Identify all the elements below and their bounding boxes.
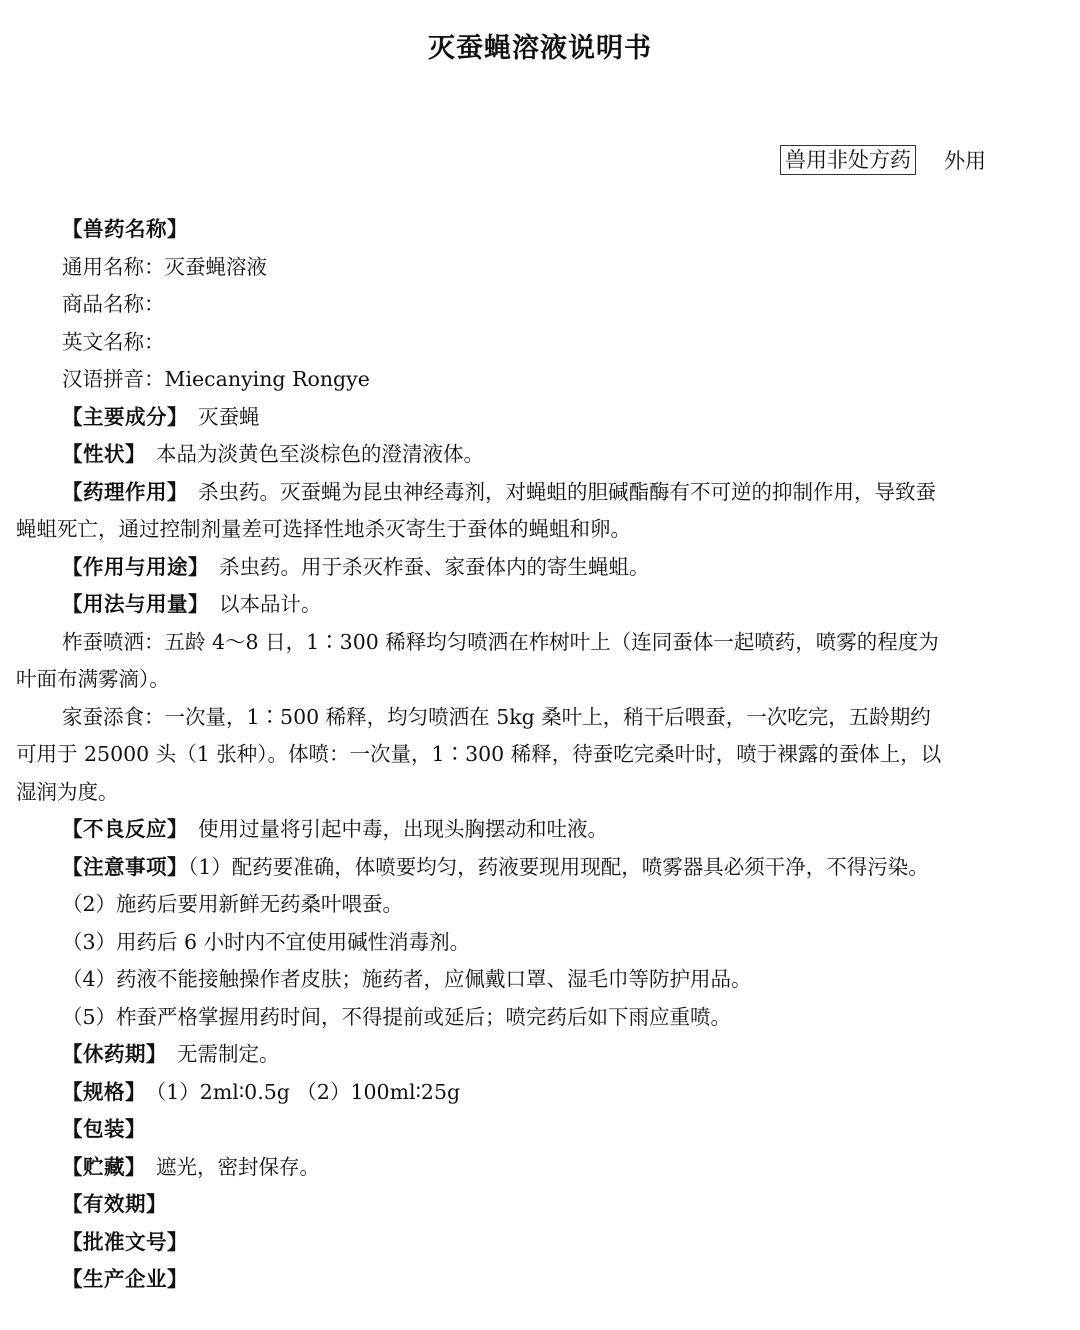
section-text: 杀虫药。用于杀灭柞蚕、家蚕体内的寄生蝇蛆。 [219, 555, 650, 579]
section-heading: 【不良反应】 [62, 817, 188, 841]
section-dosage: 【用法与用量】以本品计。 [16, 586, 1050, 624]
precaution-item: （2）施药后要用新鲜无药桑叶喂蚕。 [16, 886, 1050, 924]
section-heading: 【休药期】 [62, 1042, 167, 1066]
dosage-silkworm-continuation: 湿润为度。 [16, 774, 1050, 812]
document-body: 【兽药名称】 通用名称：灭蚕蝇溶液 商品名称： 英文名称： 汉语拼音：Mieca… [16, 211, 1050, 1299]
section-adverse-reactions: 【不良反应】使用过量将引起中毒，出现头胸摆动和吐液。 [16, 811, 1050, 849]
section-heading: 【药理作用】 [62, 480, 188, 504]
section-heading: 【规格】 [62, 1080, 146, 1104]
pharmacology-continuation: 蝇蛆死亡，通过控制剂量差可选择性地杀灭寄生于蚕体的蝇蛆和卵。 [16, 511, 1050, 549]
section-heading: 【贮藏】 [62, 1155, 146, 1179]
pinyin-line: 汉语拼音：Miecanying Rongye [16, 361, 1050, 399]
section-text: 灭蚕蝇 [198, 405, 260, 429]
dosage-silkworm-continuation: 可用于 25000 头（1 张种）。体喷：一次量，1∶300 稀释，待蚕吃完桑叶… [16, 736, 1050, 774]
section-pharmacology: 【药理作用】杀虫药。灭蚕蝇为昆虫神经毒剂，对蝇蛆的胆碱酯酶有不可逆的抑制作用，导… [16, 474, 1050, 512]
section-heading: 【主要成分】 [62, 405, 188, 429]
section-precautions: 【注意事项】（1）配药要准确，体喷要均匀，药液要现用现配，喷雾器具必须干净，不得… [16, 849, 1050, 887]
dosage-tussah-line: 柞蚕喷洒：五龄 4～8 日，1∶300 稀释均匀喷洒在柞树叶上（连同蚕体一起喷药… [16, 624, 1050, 662]
drug-classification: 兽用非处方药 外用 [780, 145, 986, 175]
section-heading: 【兽药名称】 [62, 217, 188, 241]
trade-name-line: 商品名称： [16, 286, 1050, 324]
dosage-tussah-continuation: 叶面布满雾滴）。 [16, 661, 1050, 699]
generic-name-line: 通用名称：灭蚕蝇溶液 [16, 249, 1050, 287]
precaution-item: （3）用药后 6 小时内不宜使用碱性消毒剂。 [16, 924, 1050, 962]
section-text: 遮光，密封保存。 [156, 1155, 320, 1179]
section-heading: 【作用与用途】 [62, 555, 209, 579]
section-heading: 【有效期】 [62, 1192, 167, 1216]
section-withdrawal: 【休药期】无需制定。 [16, 1036, 1050, 1074]
section-text: 使用过量将引起中毒，出现头胸摆动和吐液。 [198, 817, 608, 841]
section-text: 无需制定。 [177, 1042, 280, 1066]
section-heading: 【用法与用量】 [62, 592, 209, 616]
otc-badge: 兽用非处方药 [780, 145, 916, 175]
precaution-item: （5）柞蚕严格掌握用药时间，不得提前或延后；喷完药后如下雨应重喷。 [16, 999, 1050, 1037]
section-indications: 【作用与用途】杀虫药。用于杀灭柞蚕、家蚕体内的寄生蝇蛆。 [16, 549, 1050, 587]
route-label: 外用 [944, 145, 986, 175]
section-specification: 【规格】（1）2ml∶0.5g （2）100ml∶25g [16, 1074, 1050, 1112]
section-heading: 【生产企业】 [62, 1267, 188, 1291]
english-name-line: 英文名称： [16, 324, 1050, 362]
section-approval-number: 【批准文号】 [16, 1224, 1050, 1262]
section-vet-name-heading: 【兽药名称】 [16, 211, 1050, 249]
section-storage: 【贮藏】遮光，密封保存。 [16, 1149, 1050, 1187]
section-heading: 【批准文号】 [62, 1230, 188, 1254]
precaution-item: （1）配药要准确，体喷要均匀，药液要现用现配，喷雾器具必须干净，不得污染。 [188, 855, 929, 879]
section-text: 本品为淡黄色至淡棕色的澄清液体。 [156, 442, 484, 466]
section-heading: 【注意事项】 [62, 855, 188, 879]
section-expiry: 【有效期】 [16, 1186, 1050, 1224]
section-heading: 【包装】 [62, 1117, 146, 1141]
section-heading: 【性状】 [62, 442, 146, 466]
section-text: （1）2ml∶0.5g （2）100ml∶25g [156, 1080, 460, 1104]
section-description: 【性状】本品为淡黄色至淡棕色的澄清液体。 [16, 436, 1050, 474]
section-manufacturer: 【生产企业】 [16, 1261, 1050, 1299]
document-title: 灭蚕蝇溶液说明书 [0, 26, 1080, 65]
dosage-silkworm-line: 家蚕添食：一次量，1∶500 稀释，均匀喷洒在 5kg 桑叶上，稍干后喂蚕，一次… [16, 699, 1050, 737]
precaution-item: （4）药液不能接触操作者皮肤；施药者，应佩戴口罩、湿毛巾等防护用品。 [16, 961, 1050, 999]
section-text: 以本品计。 [219, 592, 322, 616]
section-packaging: 【包装】 [16, 1111, 1050, 1149]
section-text: 杀虫药。灭蚕蝇为昆虫神经毒剂，对蝇蛆的胆碱酯酶有不可逆的抑制作用，导致蚕 [198, 480, 936, 504]
section-ingredients: 【主要成分】灭蚕蝇 [16, 399, 1050, 437]
